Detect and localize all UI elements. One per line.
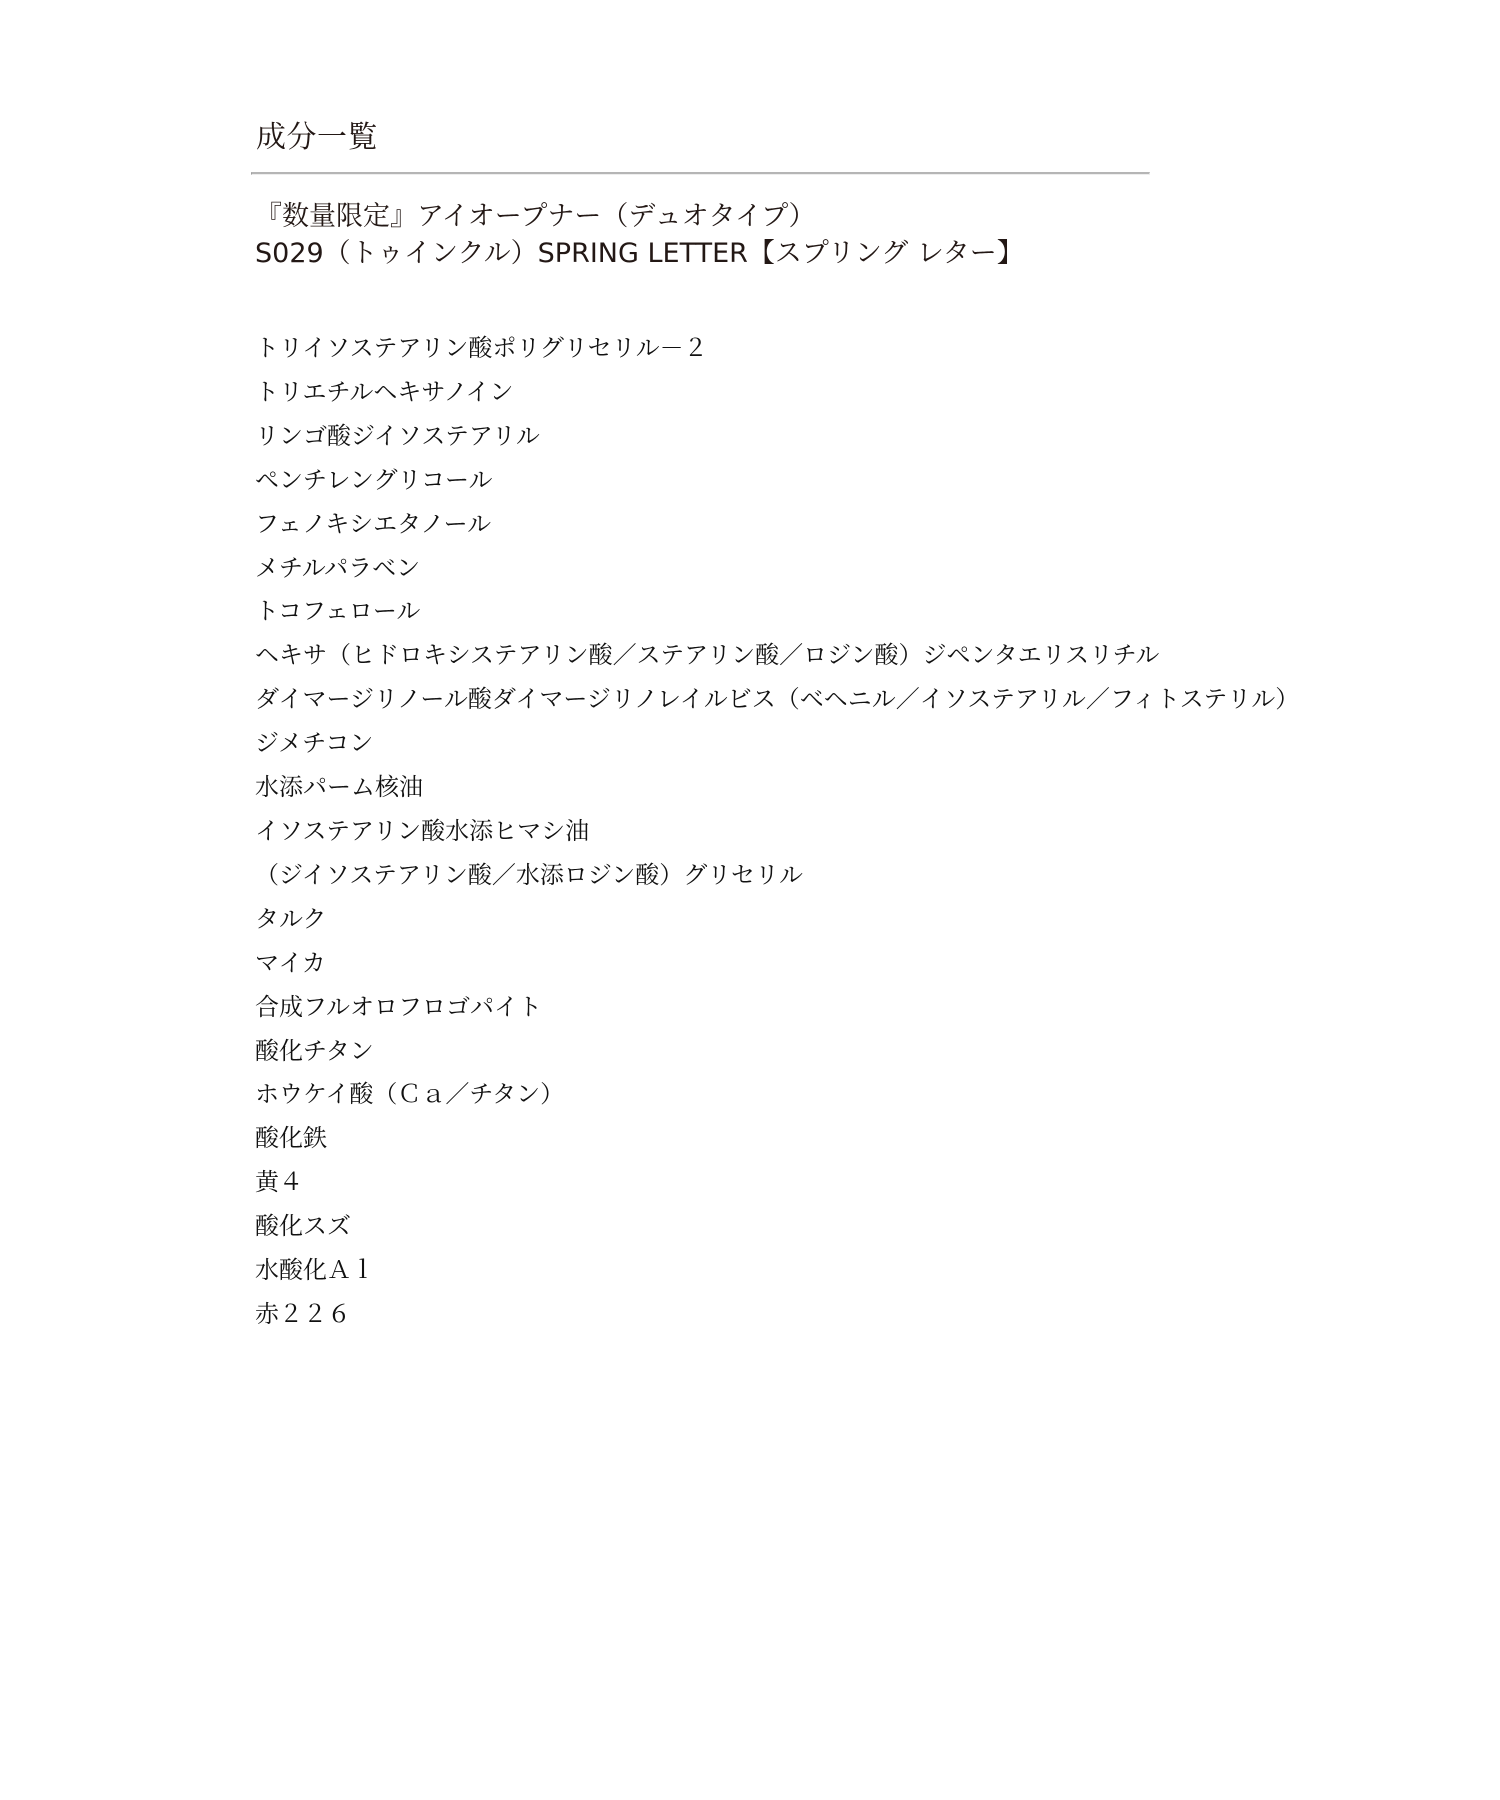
ingredient-item: ダイマージリノール酸ダイマージリノレイルビス（ベヘニル／イソステアリル／フィトス…	[255, 678, 1295, 722]
ingredient-item: 水添パーム核油	[255, 766, 1295, 810]
ingredient-item: メチルパラベン	[255, 547, 1295, 591]
ingredient-list: トリイソステアリン酸ポリグリセリル－２ トリエチルヘキサノイン リンゴ酸ジイソス…	[255, 327, 1295, 1337]
ingredient-item: ジメチコン	[255, 722, 1295, 766]
ingredient-item: （ジイソステアリン酸／水添ロジン酸）グリセリル	[255, 854, 1295, 898]
ingredient-item: トリエチルヘキサノイン	[255, 371, 1295, 415]
ingredient-item: タルク	[255, 898, 1295, 942]
ingredient-item: トコフェロール	[255, 590, 1295, 634]
ingredient-item: ペンチレングリコール	[255, 459, 1295, 503]
ingredient-item: 合成フルオロフロゴパイト	[255, 986, 1295, 1030]
ingredient-item: マイカ	[255, 942, 1295, 986]
ingredient-item: 酸化スズ	[255, 1205, 1295, 1249]
ingredient-item: 水酸化Ａｌ	[255, 1249, 1295, 1293]
ingredient-item: リンゴ酸ジイソステアリル	[255, 415, 1295, 459]
ingredient-item: ホウケイ酸（Ｃａ／チタン）	[255, 1073, 1295, 1117]
ingredient-item: イソステアリン酸水添ヒマシ油	[255, 810, 1295, 854]
ingredient-item: 酸化チタン	[255, 1030, 1295, 1074]
ingredient-item: ヘキサ（ヒドロキシステアリン酸／ステアリン酸／ロジン酸）ジペンタエリスリチル	[255, 634, 1295, 678]
title-divider	[251, 172, 1150, 175]
ingredient-item: 赤２２６	[255, 1293, 1295, 1337]
product-name-line-2: S029（トゥインクル）SPRING LETTER【スプリング レター】	[255, 235, 1024, 272]
ingredient-item: トリイソステアリン酸ポリグリセリル－２	[255, 327, 1295, 371]
section-title: 成分一覧	[256, 118, 378, 158]
ingredient-item: フェノキシエタノール	[255, 503, 1295, 547]
ingredient-item: 黄４	[255, 1161, 1295, 1205]
product-name-line-1: 『数量限定』アイオープナー（デュオタイプ）	[255, 198, 1024, 235]
ingredient-item: 酸化鉄	[255, 1117, 1295, 1161]
product-name: 『数量限定』アイオープナー（デュオタイプ） S029（トゥインクル）SPRING…	[255, 198, 1024, 272]
ingredients-page: 成分一覧 『数量限定』アイオープナー（デュオタイプ） S029（トゥインクル）S…	[0, 0, 1500, 1800]
